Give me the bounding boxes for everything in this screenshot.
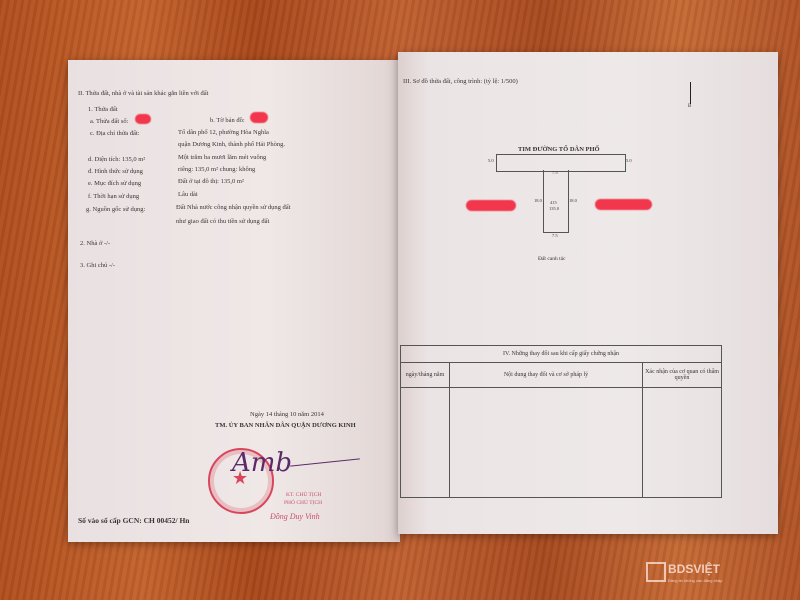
parcel-area: 135.0: [549, 206, 559, 211]
section-iii-title: III. Sơ đồ thửa đất, công trình: (tỷ lệ:…: [403, 78, 518, 85]
issuing-authority: TM. ỦY BAN NHÂN DÂN QUẬN DƯƠNG KINH: [215, 422, 356, 429]
road-label: TIM ĐƯỜNG TỔ DÂN PHỐ: [518, 146, 600, 153]
address-line-2: quận Dương Kinh, thành phố Hải Phòng.: [178, 141, 285, 148]
empty-cell: [401, 388, 450, 498]
col-content: Nội dung thay đổi và cơ sở pháp lý: [450, 363, 643, 388]
section-ii-title: II. Thửa đất, nhà ở và tài sản khác gắn …: [78, 90, 209, 97]
redaction-mark: [466, 200, 516, 211]
adjacent-land-label: Đất canh tác: [538, 256, 565, 262]
col-date: ngày/tháng năm: [401, 363, 450, 388]
item-notes: 3. Ghi chú -/-: [80, 262, 115, 269]
bdsviet-watermark: BDSVIỆT Đăng tin không cần đăng nhập: [668, 560, 723, 583]
redaction-mark: [250, 112, 268, 123]
usage-purpose-value: Đất ở tại đô thị: 135,0 m²: [178, 178, 244, 185]
redaction-mark: [595, 199, 652, 210]
usage-term-label: f. Thời hạn sử dụng: [88, 193, 139, 200]
item-land-parcel: 1. Thửa đất: [88, 106, 118, 113]
changes-table-title: IV. Những thay đổi sau khi cấp giấy chứn…: [401, 346, 722, 363]
usage-term-value: Lâu dài: [178, 191, 198, 198]
box-logo-icon: [646, 562, 666, 582]
map-sheet-label: b. Tờ bản đồ:: [210, 117, 245, 124]
usage-form-value: riêng: 135,0 m² chung: không: [178, 166, 255, 173]
registry-number: Số vào sổ cấp GCN: CH 00452/ Hn: [78, 516, 189, 525]
area-in-words: Một trăm ba mươi lăm mét vuông: [178, 154, 266, 161]
dim-side-left: 18.0: [534, 198, 542, 203]
stamp-role-1: KT. CHỦ TỊCH: [286, 492, 321, 498]
address-label: c. Địa chỉ thửa đất:: [90, 130, 140, 137]
dim-top: 7.5: [552, 170, 558, 175]
north-label: B: [688, 104, 691, 109]
dim-bottom: 7.5: [552, 233, 558, 238]
signature: Amb: [232, 448, 292, 478]
parcel-number: 415: [550, 200, 557, 205]
area-label: d. Diện tích: 135,0 m²: [88, 156, 145, 163]
brand-name: BDSVIỆT: [668, 562, 720, 576]
col-confirm: Xác nhận của cơ quan có thẩm quyền: [643, 363, 722, 388]
usage-origin-label: g. Nguồn gốc sử dụng:: [86, 206, 145, 213]
north-arrow-icon: [690, 82, 691, 104]
usage-origin-line-1: Đất Nhà nước công nhận quyền sử dụng đất: [176, 204, 290, 211]
usage-form-label: đ. Hình thức sử dụng: [88, 168, 143, 175]
address-line-1: Tổ dân phố 12, phường Hòa Nghĩa: [178, 129, 269, 136]
changes-table: IV. Những thay đổi sau khi cấp giấy chứn…: [400, 345, 722, 498]
usage-purpose-label: e. Mục đích sử dụng: [88, 180, 141, 187]
dim-side-right: 18.0: [569, 198, 577, 203]
issue-date: Ngày 14 tháng 10 năm 2014: [250, 411, 324, 418]
brand-tagline: Đăng tin không cần đăng nhập: [668, 578, 723, 583]
redaction-mark: [135, 114, 151, 124]
item-house: 2. Nhà ở -/-: [80, 240, 110, 247]
stamp-role-2: PHÓ CHỦ TỊCH: [284, 500, 322, 506]
dim-right-road: 5.0: [626, 158, 632, 163]
usage-origin-line-2: như giao đất có thu tiền sử dụng đất: [176, 218, 269, 225]
parcel-number-label: a. Thửa đất số:: [90, 118, 128, 125]
empty-cell: [643, 388, 722, 498]
signer-name: Đồng Duy Vinh: [270, 512, 320, 521]
empty-cell: [450, 388, 643, 498]
dim-left-road: 5.0: [488, 158, 494, 163]
